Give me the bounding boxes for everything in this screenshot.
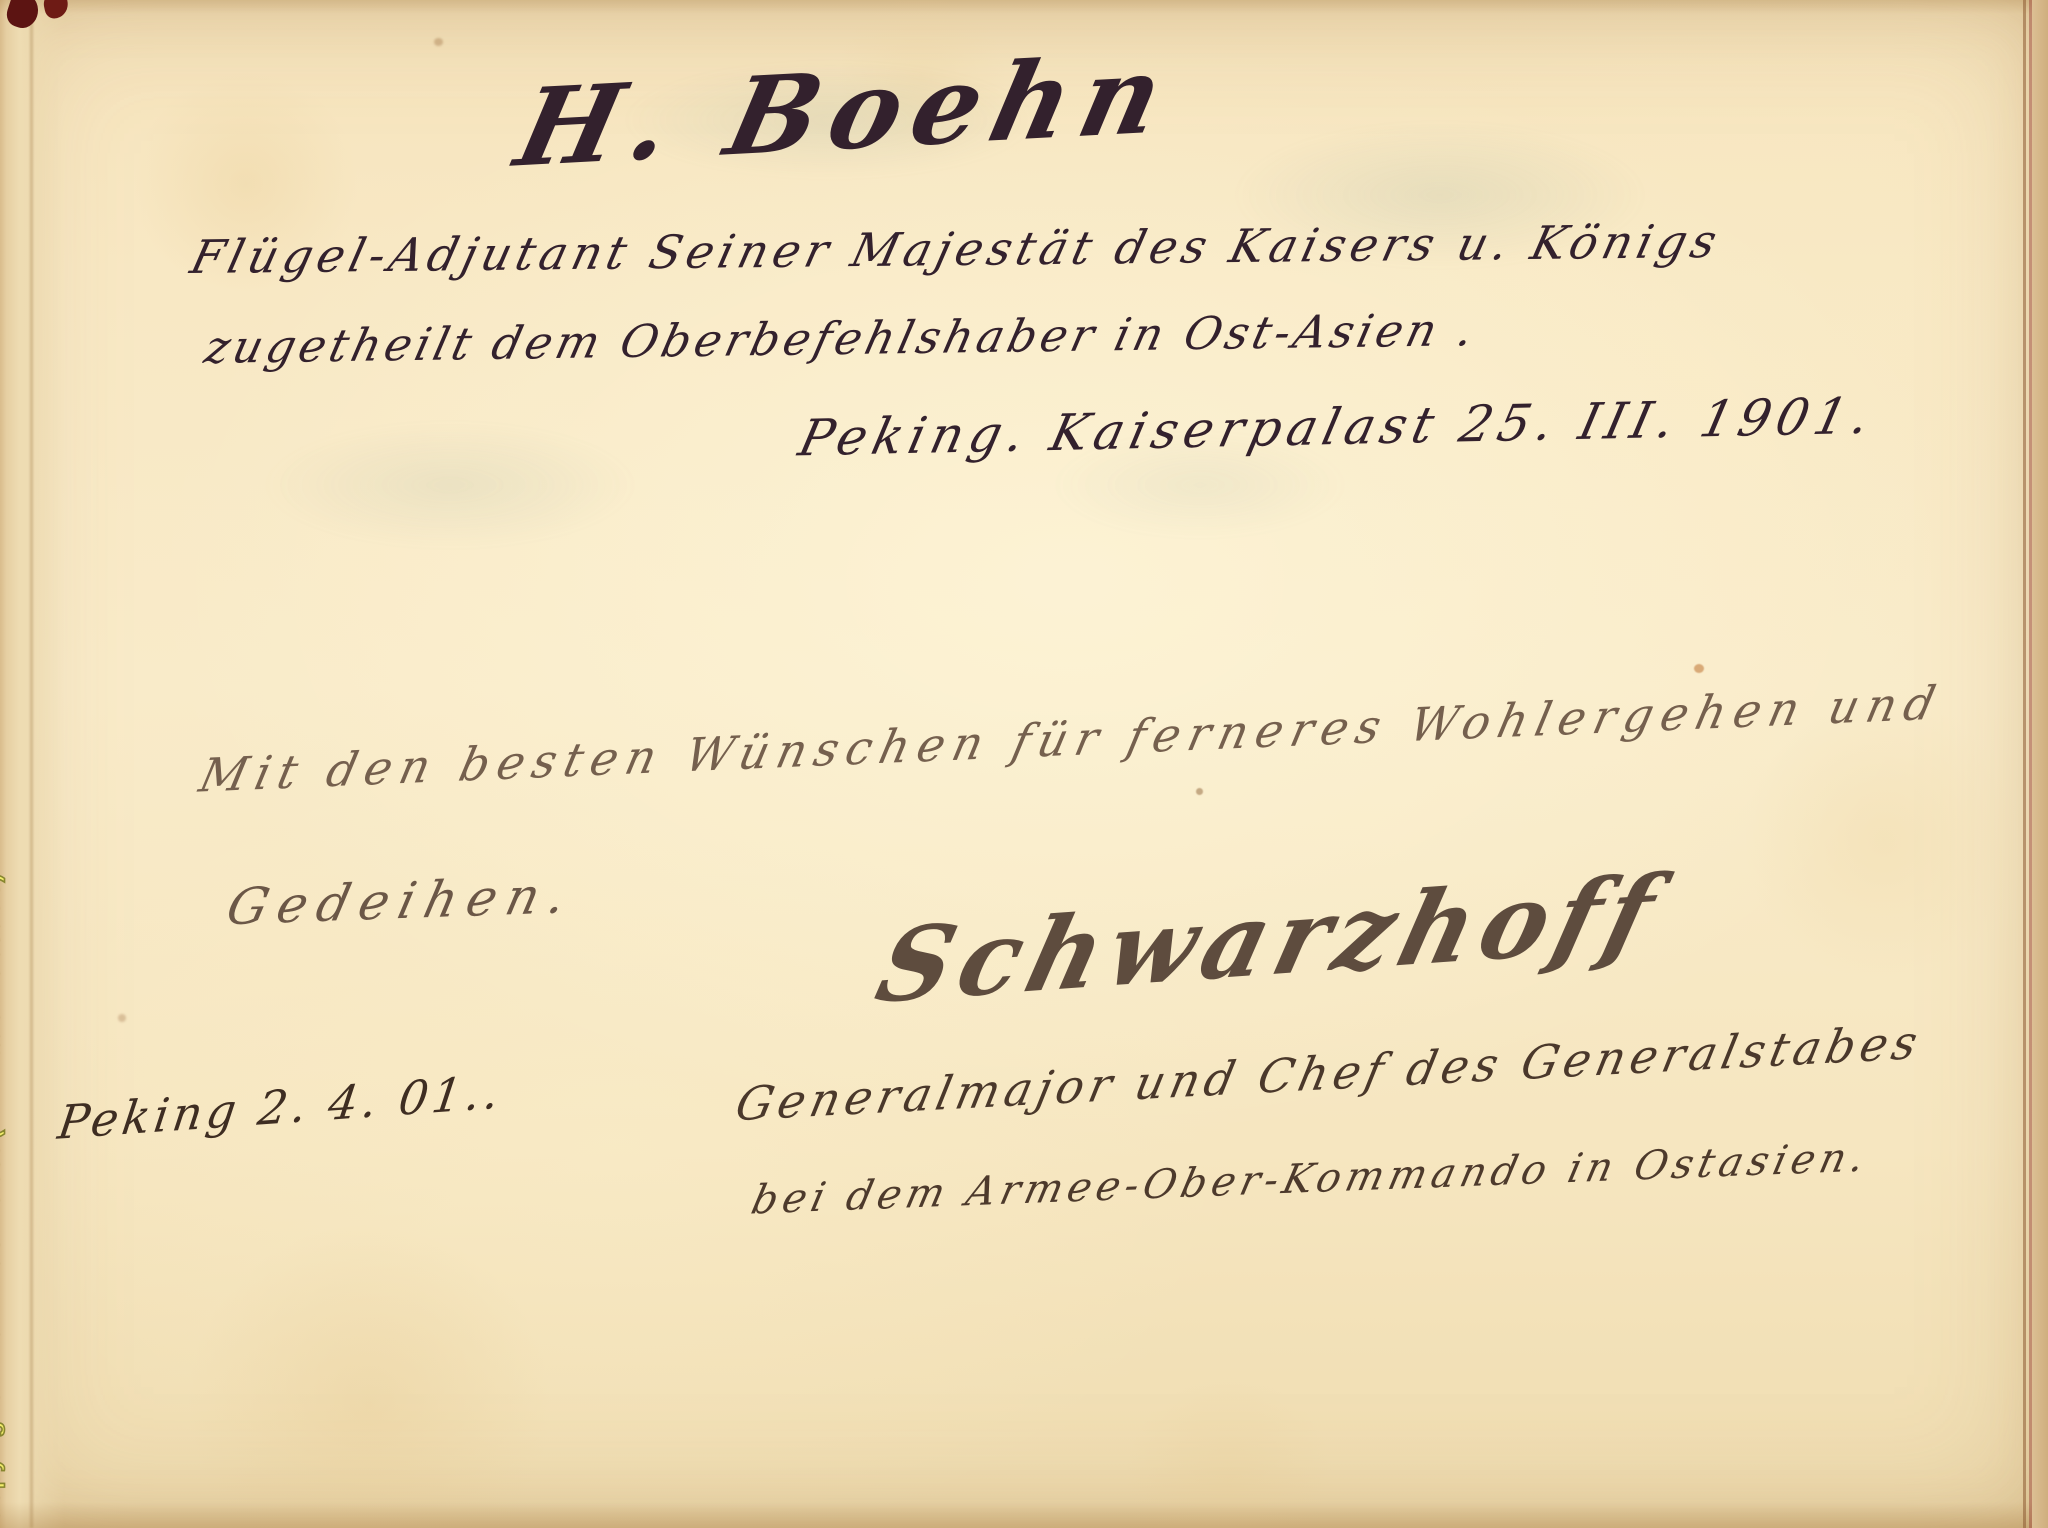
adjacent-page-edge-strip (2032, 0, 2048, 1528)
page-top-edge-shadow (0, 0, 2048, 14)
foxing-spot (434, 38, 443, 46)
foxing-spot (1694, 664, 1704, 673)
page-right-edge-line (2023, 0, 2026, 1528)
ink-bleed-smudge (260, 420, 640, 550)
foxing-spot (118, 1014, 126, 1022)
copyright-watermark: Copyright © 2011 Adolf Obst (www.adolf-o… (0, 873, 6, 1526)
binding-gutter-line (30, 0, 33, 1528)
page-bottom-edge-shadow (0, 1502, 2048, 1528)
foxing-spot (1196, 788, 1203, 795)
scanned-album-page: { "document": { "kind": "Scanned autogra… (0, 0, 2048, 1528)
